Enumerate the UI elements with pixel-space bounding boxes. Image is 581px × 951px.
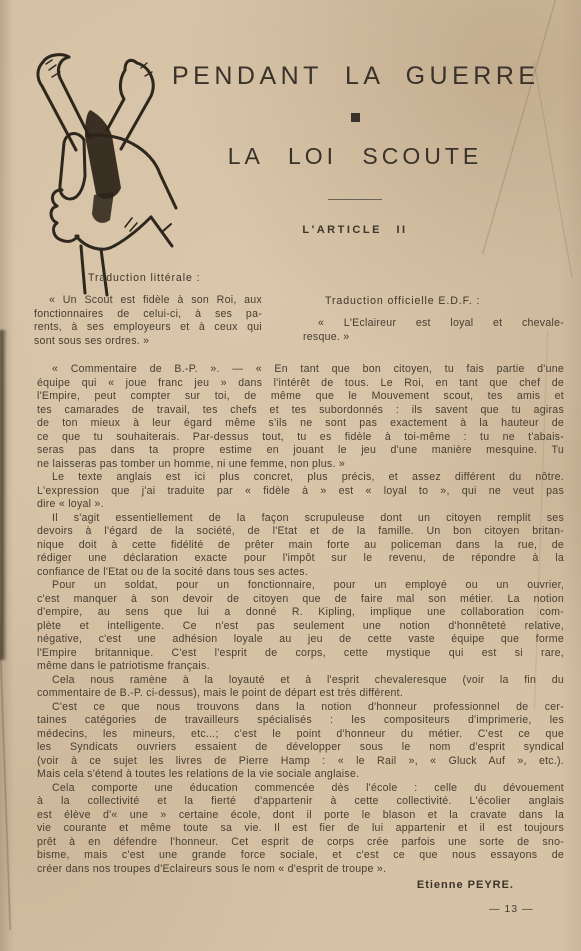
text-line: (voir à ce sujet les livres de Pierre Ha… [37,755,564,769]
text-line: ne laisseras pas tomber un homme, ni une… [37,458,564,472]
text-line: rédiger une déclaration exacte pour l'im… [37,552,564,566]
masthead: PENDANT LA GUERRE LA LOI SCOUTE L'ARTICL… [172,62,538,236]
official-translation-heading: Traduction officielle E.D.F. : [303,295,564,308]
text-line: négative, c'est une adhésion loyale au j… [37,633,564,647]
text-line: plète et intelligente. Ce n'est pas seul… [37,620,564,634]
text-line: Il s'agit essentiellement de la façon sc… [37,512,564,526]
literal-translation-heading: Traduction littérale : [34,272,262,285]
text-line: Cela nous ramène à la loyauté et à l'esp… [37,674,564,688]
paper-crease [533,61,573,278]
scanned-document-page: PENDANT LA GUERRE LA LOI SCOUTE L'ARTICL… [0,0,581,951]
text-line: même dans le patriotisme français. [37,660,564,674]
text-line: est élève d'« une » certaine école, dont… [37,809,564,823]
article-body: « Commentaire de B.-P. ». — « En tant qu… [37,363,564,891]
text-line: sont sous ses ordres. » [34,335,262,349]
text-line: créer dans nos troupes d'Eclaireurs sous… [37,863,564,877]
text-line: l'Empire britannique. C'est l'esprit de … [37,647,564,661]
text-line: seras pas dans ta propre estime en jouan… [37,444,564,458]
illustration-shading [85,110,121,199]
text-line: de ton mieux à leur égard même s'ils ne … [37,417,564,431]
text-line: rents, à ses employeurs et à ceux qui [34,321,262,335]
official-translation-column: Traduction officielle E.D.F. : « L'Eclai… [303,272,564,348]
text-line: équipe qui « joue franc jeu » dans l'int… [37,377,564,391]
page-number: — 13 — [489,903,549,915]
text-line: L'expression que j'ai traduite par « fid… [37,485,564,499]
text-line: resque. » [303,331,564,345]
article-heading: L'ARTICLE II [172,224,538,236]
official-translation-quote: « L'Eclaireur est loyal et chevale-resqu… [303,317,564,344]
text-line: Pour un soldat, pour un fonctionnaire, p… [37,579,564,593]
hand-staff-illustration [24,50,186,300]
text-line: devoirs à l'égard de la société, de l'Et… [37,525,564,539]
translation-columns: Traduction littérale : « Un Scout est fi… [34,272,564,348]
page-title: PENDANT LA GUERRE [172,62,538,91]
text-line: à la collectivité et la fierté d'apparte… [37,795,564,809]
text-line: vie courante et même toute sa vie. Il es… [37,822,564,836]
text-line: c'est manquer à son devoir de citoyen qu… [37,593,564,607]
text-line: taines catégories de travailleurs spécia… [37,714,564,728]
text-line: Le texte anglais est ici plus concret, p… [37,471,564,485]
text-line: bisme, mais c'est une grande force socia… [37,849,564,863]
text-line: C'est ce que nous trouvons dans la notio… [37,701,564,715]
text-line: confiance de l'Etat ou de la socité dans… [37,566,564,580]
text-line: dire « loyal ». [37,498,564,512]
divider-rule [328,199,382,200]
text-line: prêt à en défendre l'honneur. Cet esprit… [37,836,564,850]
text-line: « Commentaire de B.-P. ». — « En tant qu… [37,363,564,377]
text-line: fonctionnaires de celui-ci, à ses pa- [34,308,262,322]
literal-translation-quote: « Un Scout est fidèle à son Roi, auxfonc… [34,294,262,348]
text-line: « Un Scout est fidèle à son Roi, aux [34,294,262,308]
text-line: médecins, les mineurs, etc...; c'est le … [37,728,564,742]
text-line: l'Empire, peut compter sur toi, de même … [37,390,564,404]
literal-translation-column: Traduction littérale : « Un Scout est fi… [34,272,262,348]
page-subtitle: LA LOI SCOUTE [172,143,538,170]
text-line: d'empire, au sens que lui a donné R. Kip… [37,606,564,620]
text-line: « L'Eclaireur est loyal et chevale- [303,317,564,331]
text-line: nique doit à cette fidélité de prêter ma… [37,539,564,553]
author-signature: Etienne PEYRE. [37,879,564,891]
text-line: Mais cela s'étend à toutes les relations… [37,768,564,782]
article-paragraphs: « Commentaire de B.-P. ». — « En tant qu… [37,363,564,876]
scan-binding-shadow [0,330,7,660]
text-line: tes camarades de travail, tes chefs et t… [37,404,564,418]
square-bullet-icon [351,113,360,122]
text-line: commentaire de B.-P. ci-dessus), mais le… [37,687,564,701]
text-line: ce que tu souhaiterais. Par-dessus tout,… [37,431,564,445]
text-line: Cela comporte une éducation commencée dè… [37,782,564,796]
text-line: les Syndicats ouvriers essaient de dével… [37,741,564,755]
